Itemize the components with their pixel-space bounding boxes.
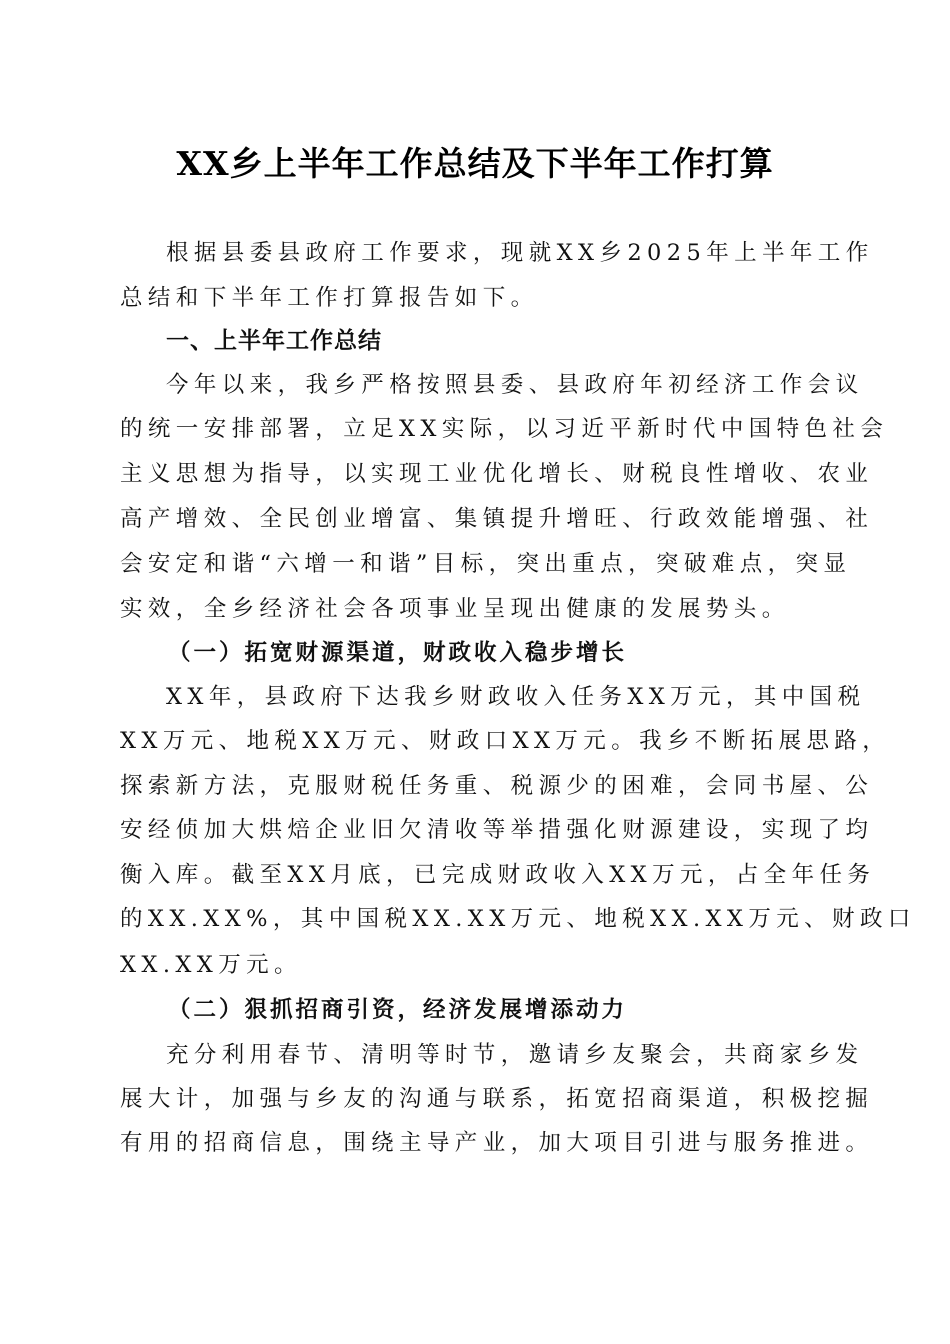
subsection-heading-2: （二）狠抓招商引资，经济发展增添动力: [168, 995, 880, 1025]
document-title: XX乡上半年工作总结及下半年工作打算: [0, 138, 950, 185]
intro-paragraph-line: 总结和下半年工作打算报告如下。: [120, 283, 832, 313]
finance-paragraph-line: XX年，县政府下达我乡财政收入任务XX万元，其中国税: [166, 682, 832, 712]
finance-paragraph-line: XX.XX万元。: [120, 950, 832, 980]
investment-paragraph-line: 充分利用春节、清明等时节，邀请乡友聚会，共商家乡发: [166, 1040, 832, 1070]
section-heading-1: 一、上半年工作总结: [166, 326, 832, 356]
summary-paragraph-line: 今年以来，我乡严格按照县委、县政府年初经济工作会议: [166, 370, 832, 400]
subsection-heading-1: （一）拓宽财源渠道，财政收入稳步增长: [168, 638, 880, 668]
finance-paragraph-line: 安经侦加大烘焙企业旧欠清收等举措强化财源建设，实现了均: [120, 815, 832, 845]
investment-paragraph-line: 展大计，加强与乡友的沟通与联系，拓宽招商渠道，积极挖掘: [120, 1084, 832, 1114]
finance-paragraph-line: XX万元、地税XX万元、财政口XX万元。我乡不断拓展思路，: [120, 726, 832, 756]
finance-paragraph-line: 的XX.XX%，其中国税XX.XX万元、地税XX.XX万元、财政口: [120, 904, 832, 934]
finance-paragraph-line: 衡入库。截至XX月底，已完成财政收入XX万元，占全年任务: [120, 860, 832, 890]
summary-paragraph-line: 高产增效、全民创业增富、集镇提升增旺、行政效能增强、社: [120, 504, 832, 534]
summary-paragraph-line: 主义思想为指导，以实现工业优化增长、财税良性增收、农业: [120, 459, 832, 489]
summary-paragraph-line: 的统一安排部署，立足XX实际，以习近平新时代中国特色社会: [120, 414, 832, 444]
investment-paragraph-line: 有用的招商信息，围绕主导产业，加大项目引进与服务推进。: [120, 1128, 832, 1158]
summary-paragraph-line: 会安定和谐“六增一和谐”目标，突出重点，突破难点，突显: [120, 549, 832, 579]
summary-paragraph-line: 实效，全乡经济社会各项事业呈现出健康的发展势头。: [120, 594, 832, 624]
intro-paragraph-line: 根据县委县政府工作要求，现就XX乡2025年上半年工作: [166, 238, 832, 268]
finance-paragraph-line: 探索新方法，克服财税任务重、税源少的困难，会同书屋、公: [120, 771, 832, 801]
document-page: XX乡上半年工作总结及下半年工作打算 根据县委县政府工作要求，现就XX乡2025…: [0, 0, 950, 1344]
